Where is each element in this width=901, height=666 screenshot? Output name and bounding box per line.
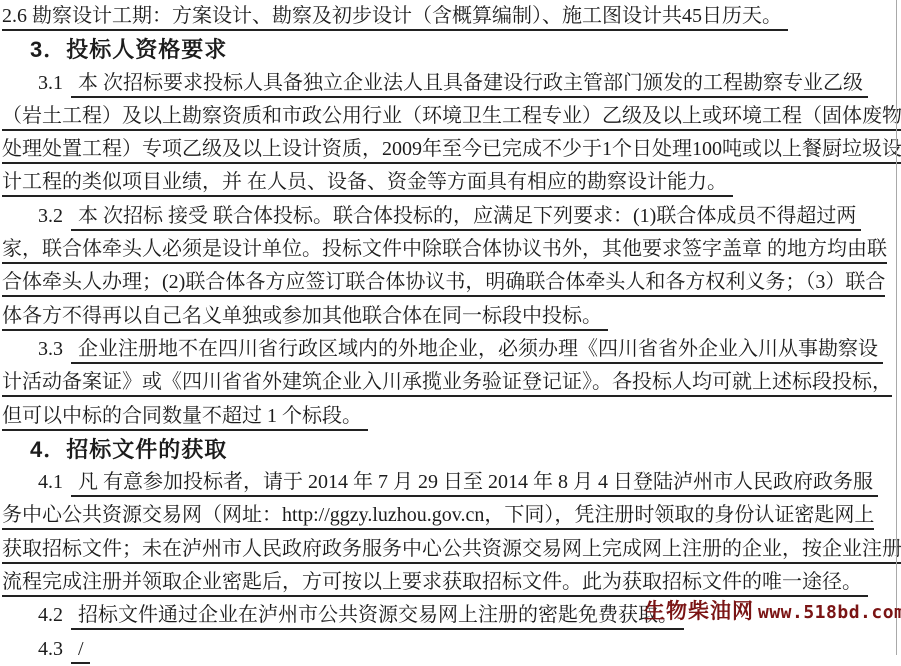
site-watermark: 生物柴油网 www.518bd.com: [644, 595, 901, 625]
watermark-site-name: 生物柴油网: [644, 600, 754, 623]
clause-line: 获取招标文件；未在泸州市人民政府政务服务中心公共资源交易网上完成网上注册的企业，…: [0, 533, 901, 566]
clause-number: 3.1: [38, 67, 63, 100]
clause-3-2: 3.2本 次招标 接受 联合体投标。联合体投标的，应满足下列要求：(1)联合体成…: [0, 200, 901, 333]
clause-line: 4.3/: [0, 633, 901, 666]
clause-line: 计工程的类似项目业绩，并 在人员、设备、资金等方面具有相应的勘察设计能力。: [0, 166, 901, 199]
clause-line: 但可以中标的合同数量不超过 1 个标段。: [0, 400, 901, 433]
clause-line: （岩土工程）及以上勘察资质和市政公用行业（环境卫生工程专业）乙级及以上或环境工程…: [0, 100, 901, 133]
clause-text: /: [71, 638, 90, 664]
clause-text: 凡 有意参加投标者，请于 2014 年 7 月 29 日至 2014 年 8 月…: [71, 471, 878, 497]
clause-4-3: 4.3/: [0, 633, 901, 666]
clause-line: 体各方不得再以自己名义单独或参加其他联合体在同一标段中投标。: [0, 300, 901, 333]
clause-text: 家，联合体牵头人必须是设计单位。投标文件中除联合体协议书外，其他要求签字盖章 的…: [2, 238, 887, 264]
clause-3-3: 3.3企业注册地不在四川省行政区域内的外地企业，必须办理《四川省省外企业入川从事…: [0, 333, 901, 433]
clause-2-6-text: 2.6 勘察设计工期：方案设计、勘察及初步设计（含概算编制）、施工图设计共45日…: [2, 5, 788, 31]
clause-number: 3.3: [38, 333, 63, 366]
clause-text: 本 次招标 接受 联合体投标。联合体投标的，应满足下列要求：(1)联合体成员不得…: [71, 205, 861, 231]
tender-document-page: 2.6 勘察设计工期：方案设计、勘察及初步设计（含概算编制）、施工图设计共45日…: [0, 0, 901, 666]
clause-text: 计活动备案证》或《四川省省外建筑企业入川承揽业务验证登记证》。各投标人均可就上述…: [2, 371, 892, 397]
clause-text: 处理处置工程）专项乙级及以上设计资质，2009年至今已完成不少于1个日处理100…: [2, 138, 901, 164]
clause-line: 务中心公共资源交易网（网址：http://ggzy.luzhou.gov.cn，…: [0, 499, 901, 532]
clause-line: 计活动备案证》或《四川省省外建筑企业入川承揽业务验证登记证》。各投标人均可就上述…: [0, 366, 901, 399]
clause-line: 3.3企业注册地不在四川省行政区域内的外地企业，必须办理《四川省省外企业入川从事…: [0, 333, 901, 366]
clause-text: 流程完成注册并领取企业密匙后，方可按以上要求获取招标文件。此为获取招标文件的唯一…: [2, 571, 868, 597]
clause-line: 3.2本 次招标 接受 联合体投标。联合体投标的，应满足下列要求：(1)联合体成…: [0, 200, 901, 233]
clause-line: 3.1本 次招标要求投标人具备独立企业法人且具备建设行政主管部门颁发的工程勘察专…: [0, 67, 901, 100]
section-3-heading: 3．投标人资格要求: [0, 33, 901, 66]
clause-line: 处理处置工程）专项乙级及以上设计资质，2009年至今已完成不少于1个日处理100…: [0, 133, 901, 166]
clause-3-1: 3.1本 次招标要求投标人具备独立企业法人且具备建设行政主管部门颁发的工程勘察专…: [0, 67, 901, 200]
clause-text: 企业注册地不在四川省行政区域内的外地企业，必须办理《四川省省外企业入川从事勘察设: [71, 338, 883, 364]
clause-text: 招标文件通过企业在泸州市公共资源交易网上注册的密匙免费获取。: [71, 604, 684, 630]
section-4-heading: 4．招标文件的获取: [0, 433, 901, 466]
clause-text: 本 次招标要求投标人具备独立企业法人且具备建设行政主管部门颁发的工程勘察专业乙级: [71, 72, 868, 98]
watermark-url: www.518bd.com: [758, 602, 901, 623]
clause-4-1: 4.1凡 有意参加投标者，请于 2014 年 7 月 29 日至 2014 年 …: [0, 466, 901, 599]
clause-text: 但可以中标的合同数量不超过 1 个标段。: [2, 405, 368, 431]
clause-text: 获取招标文件；未在泸州市人民政府政务服务中心公共资源交易网上完成网上注册的企业，…: [2, 538, 901, 564]
clause-number: 4.2: [38, 599, 63, 632]
clause-line: 合体牵头人办理；(2)联合体各方应签订联合体协议书，明确联合体牵头人和各方权利义…: [0, 266, 901, 299]
clause-text: （岩土工程）及以上勘察资质和市政公用行业（环境卫生工程专业）乙级及以上或环境工程…: [2, 105, 901, 131]
clause-line: 家，联合体牵头人必须是设计单位。投标文件中除联合体协议书外，其他要求签字盖章 的…: [0, 233, 901, 266]
clause-text: 体各方不得再以自己名义单独或参加其他联合体在同一标段中投标。: [2, 305, 608, 331]
clause-number: 3.2: [38, 200, 63, 233]
clause-text: 合体牵头人办理；(2)联合体各方应签订联合体协议书，明确联合体牵头人和各方权利义…: [2, 271, 885, 297]
page-edge-line: [896, 0, 897, 655]
clause-line: 4.1凡 有意参加投标者，请于 2014 年 7 月 29 日至 2014 年 …: [0, 466, 901, 499]
clause-number: 4.3: [38, 633, 63, 666]
clause-2-6: 2.6 勘察设计工期：方案设计、勘察及初步设计（含概算编制）、施工图设计共45日…: [0, 0, 901, 33]
clause-number: 4.1: [38, 466, 63, 499]
clause-text: 务中心公共资源交易网（网址：http://ggzy.luzhou.gov.cn，…: [2, 504, 874, 530]
clause-text: 计工程的类似项目业绩，并 在人员、设备、资金等方面具有相应的勘察设计能力。: [2, 171, 733, 197]
